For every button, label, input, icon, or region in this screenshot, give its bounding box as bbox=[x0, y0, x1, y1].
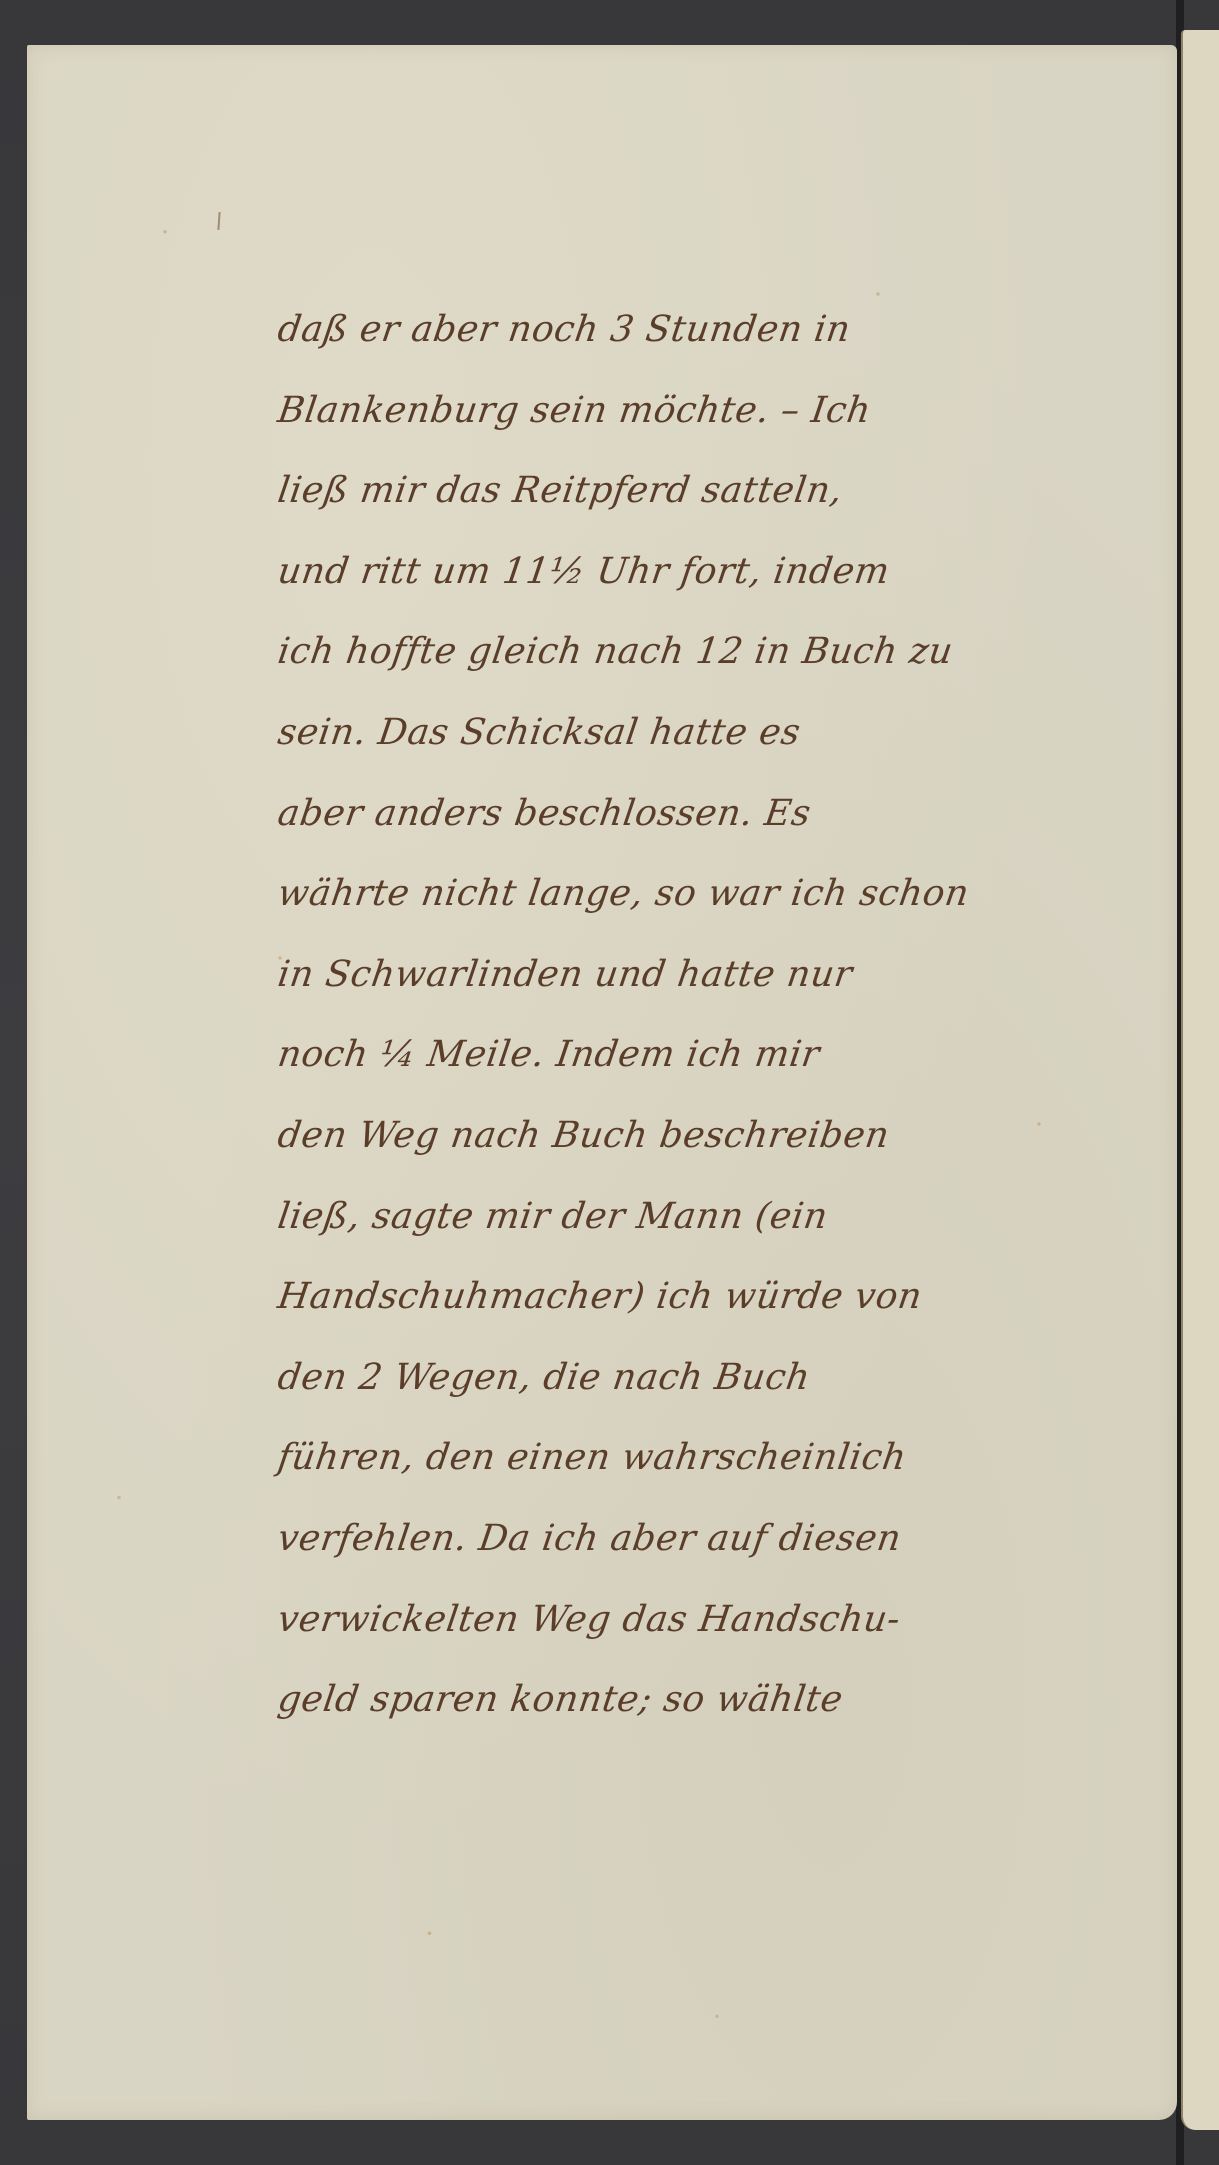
text-line: ließ, sagte mir der Mann (ein bbox=[272, 1177, 1063, 1258]
text-line: geld sparen konnte; so wählte bbox=[272, 1660, 1063, 1741]
text-line: ich hoffte gleich nach 12 in Buch zu bbox=[272, 612, 1063, 693]
handwritten-text-block: daß er aber noch 3 Stunden in Blankenbur… bbox=[278, 290, 1058, 1741]
text-line: den 2 Wegen, die nach Buch bbox=[272, 1338, 1063, 1419]
text-line: daß er aber noch 3 Stunden in bbox=[272, 290, 1063, 371]
text-line: verwickelten Weg das Handschu- bbox=[272, 1580, 1063, 1661]
text-line: Blankenburg sein möchte. – Ich bbox=[272, 371, 1063, 452]
text-line: verfehlen. Da ich aber auf diesen bbox=[272, 1499, 1063, 1580]
text-line: sein. Das Schicksal hatte es bbox=[272, 693, 1063, 774]
text-line: aber anders beschlossen. Es bbox=[272, 774, 1063, 855]
text-line: noch ¼ Meile. Indem ich mir bbox=[272, 1015, 1063, 1096]
text-line: führen, den einen wahrscheinlich bbox=[272, 1418, 1063, 1499]
text-line: währte nicht lange, so war ich schon bbox=[272, 854, 1063, 935]
text-line: in Schwarlinden und hatte nur bbox=[272, 935, 1063, 1016]
text-line: ließ mir das Reitpferd satteln, bbox=[272, 451, 1063, 532]
text-line: und ritt um 11½ Uhr fort, indem bbox=[272, 532, 1063, 613]
text-line: Handschuhmacher) ich würde von bbox=[272, 1257, 1063, 1338]
text-line: den Weg nach Buch beschreiben bbox=[272, 1096, 1063, 1177]
adjacent-page-edge bbox=[1181, 30, 1219, 2130]
